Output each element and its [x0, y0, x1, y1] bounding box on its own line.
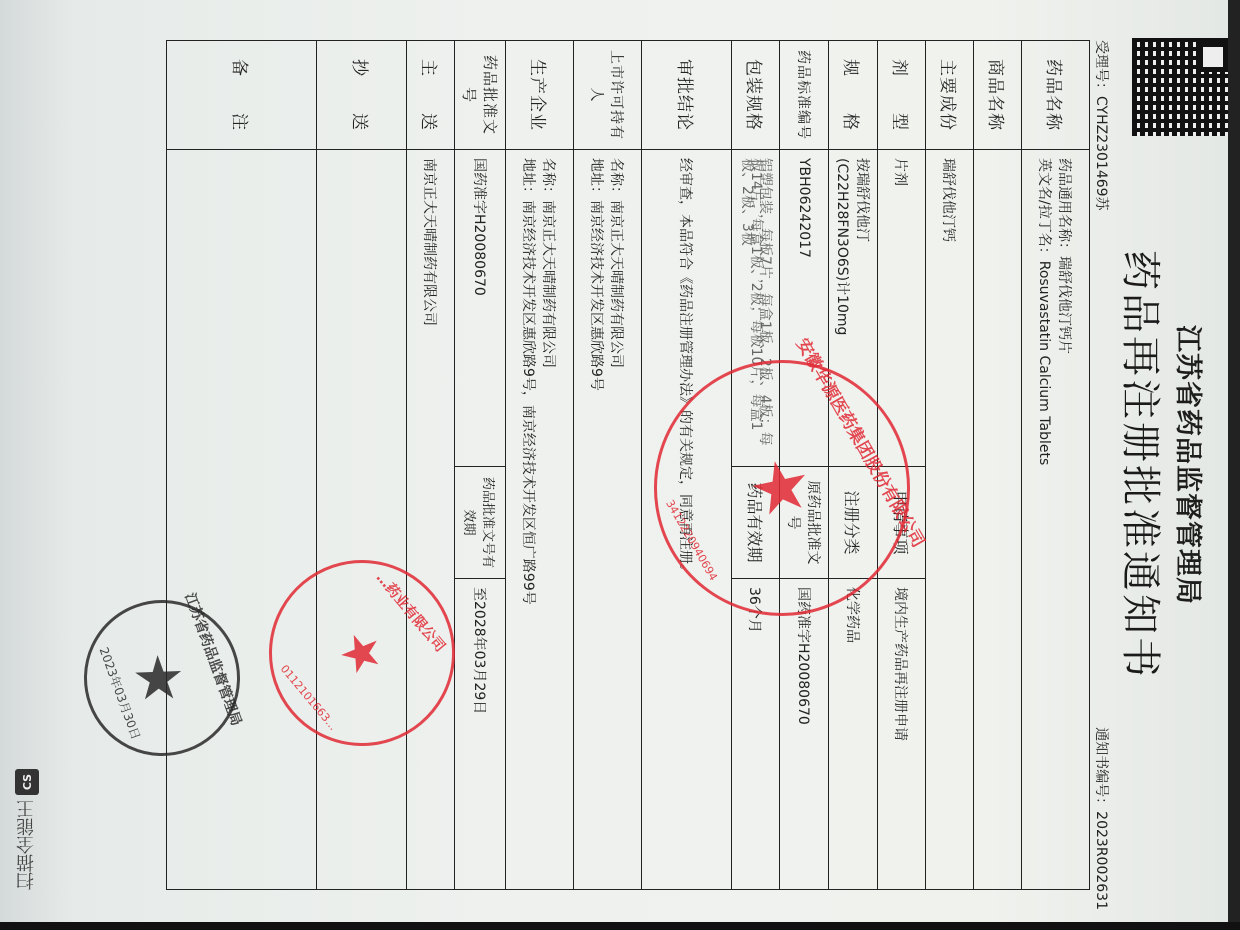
- document-meta: 受理号：CYHZ2301469苏 通知书编号：2023R002631: [1092, 40, 1112, 910]
- scan-edge: [1228, 0, 1240, 930]
- value-original-approval: 国药准字H20080670: [780, 579, 829, 890]
- value-approval-number: 国药准字H20080670: [455, 150, 506, 467]
- scanned-document: 江苏省药品监督管理局 药品再注册批准通知书 受理号：CYHZ2301469苏 通…: [0, 0, 1228, 930]
- table-row: 主 送 南京正大天晴制药有限公司: [407, 41, 455, 890]
- star-icon: ★: [328, 620, 395, 686]
- document-title: 药品再注册批准通知书: [1115, 0, 1172, 930]
- table-row: 生产企业 名称：南京正大天晴制药有限公司 地址：南京经济技术开发区惠欣路9号，南…: [506, 41, 574, 890]
- value-manufacturer: 名称：南京正大天晴制药有限公司 地址：南京经济技术开发区惠欣路9号，南京经济技术…: [506, 150, 574, 890]
- label-cc: 抄 送: [317, 41, 407, 150]
- label-dosage-form: 剂 型: [878, 41, 926, 150]
- table-row: 上市许可持有人 名称：南京正大天晴制药有限公司 地址：南京经济技术开发区惠欣路9…: [574, 41, 642, 890]
- value-product-name: [974, 150, 1022, 890]
- value-application: 境内生产药品再注册申请: [878, 579, 926, 890]
- scanner-watermark: CS 扫描全能王: [14, 770, 40, 890]
- label-remarks: 备 注: [167, 41, 317, 150]
- label-product-name: 商品名称: [974, 41, 1022, 150]
- camscanner-logo-icon: CS: [15, 769, 39, 795]
- table-row: 药品批准文号 国药准字H20080670 药品批准文号有效期 至2028年03月…: [455, 41, 506, 890]
- value-registration-class: 化学药品: [829, 579, 878, 890]
- table-row: 主要成份 瑞舒伐他汀钙: [926, 41, 974, 890]
- notice-number: 通知书编号：2023R002631: [1092, 727, 1112, 910]
- table-row: 商品名称: [974, 41, 1022, 890]
- receipt-number: 受理号：CYHZ2301469苏: [1092, 40, 1112, 211]
- agency-name: 江苏省药品监督管理局: [1171, 0, 1210, 930]
- value-mah: 名称：南京正大天晴制药有限公司 地址：南京经济技术开发区惠欣路9号: [574, 150, 642, 890]
- label-mah: 上市许可持有人: [574, 41, 642, 150]
- document-page: 江苏省药品监督管理局 药品再注册批准通知书 受理号：CYHZ2301469苏 通…: [0, 0, 1228, 930]
- label-main-recipient: 主 送: [407, 41, 455, 150]
- label-approval-number: 药品批准文号: [455, 41, 506, 150]
- value-main-recipient: 南京正大天晴制药有限公司: [407, 150, 455, 890]
- table-row: 备 注: [167, 41, 317, 890]
- label-spec: 规 格: [829, 41, 878, 150]
- label-standard: 药品标准编号: [780, 41, 829, 150]
- label-ingredients: 主要成份: [926, 41, 974, 150]
- value-drug-name: 药品通用名称：瑞舒伐他汀钙片 英文名/拉丁名：Rosuvastatin Calc…: [1022, 150, 1090, 890]
- label-conclusion: 审批结论: [642, 41, 732, 150]
- value-approval-validity: 至2028年03月29日: [455, 579, 506, 890]
- value-remarks: [167, 150, 317, 890]
- value-cc: [317, 150, 407, 890]
- label-packaging: 包装规格: [732, 41, 780, 150]
- label-manufacturer: 生产企业: [506, 41, 574, 150]
- star-icon: ★: [736, 443, 828, 532]
- value-ingredients: 瑞舒伐他汀钙: [926, 150, 974, 890]
- approval-table: 药品名称 药品通用名称：瑞舒伐他汀钙片 英文名/拉丁名：Rosuvastatin…: [166, 40, 1090, 890]
- label-approval-validity: 药品批准文号有效期: [455, 467, 506, 579]
- scan-edge: [0, 922, 1240, 930]
- table-row: 药品名称 药品通用名称：瑞舒伐他汀钙片 英文名/拉丁名：Rosuvastatin…: [1022, 41, 1090, 890]
- label-drug-name: 药品名称: [1022, 41, 1090, 150]
